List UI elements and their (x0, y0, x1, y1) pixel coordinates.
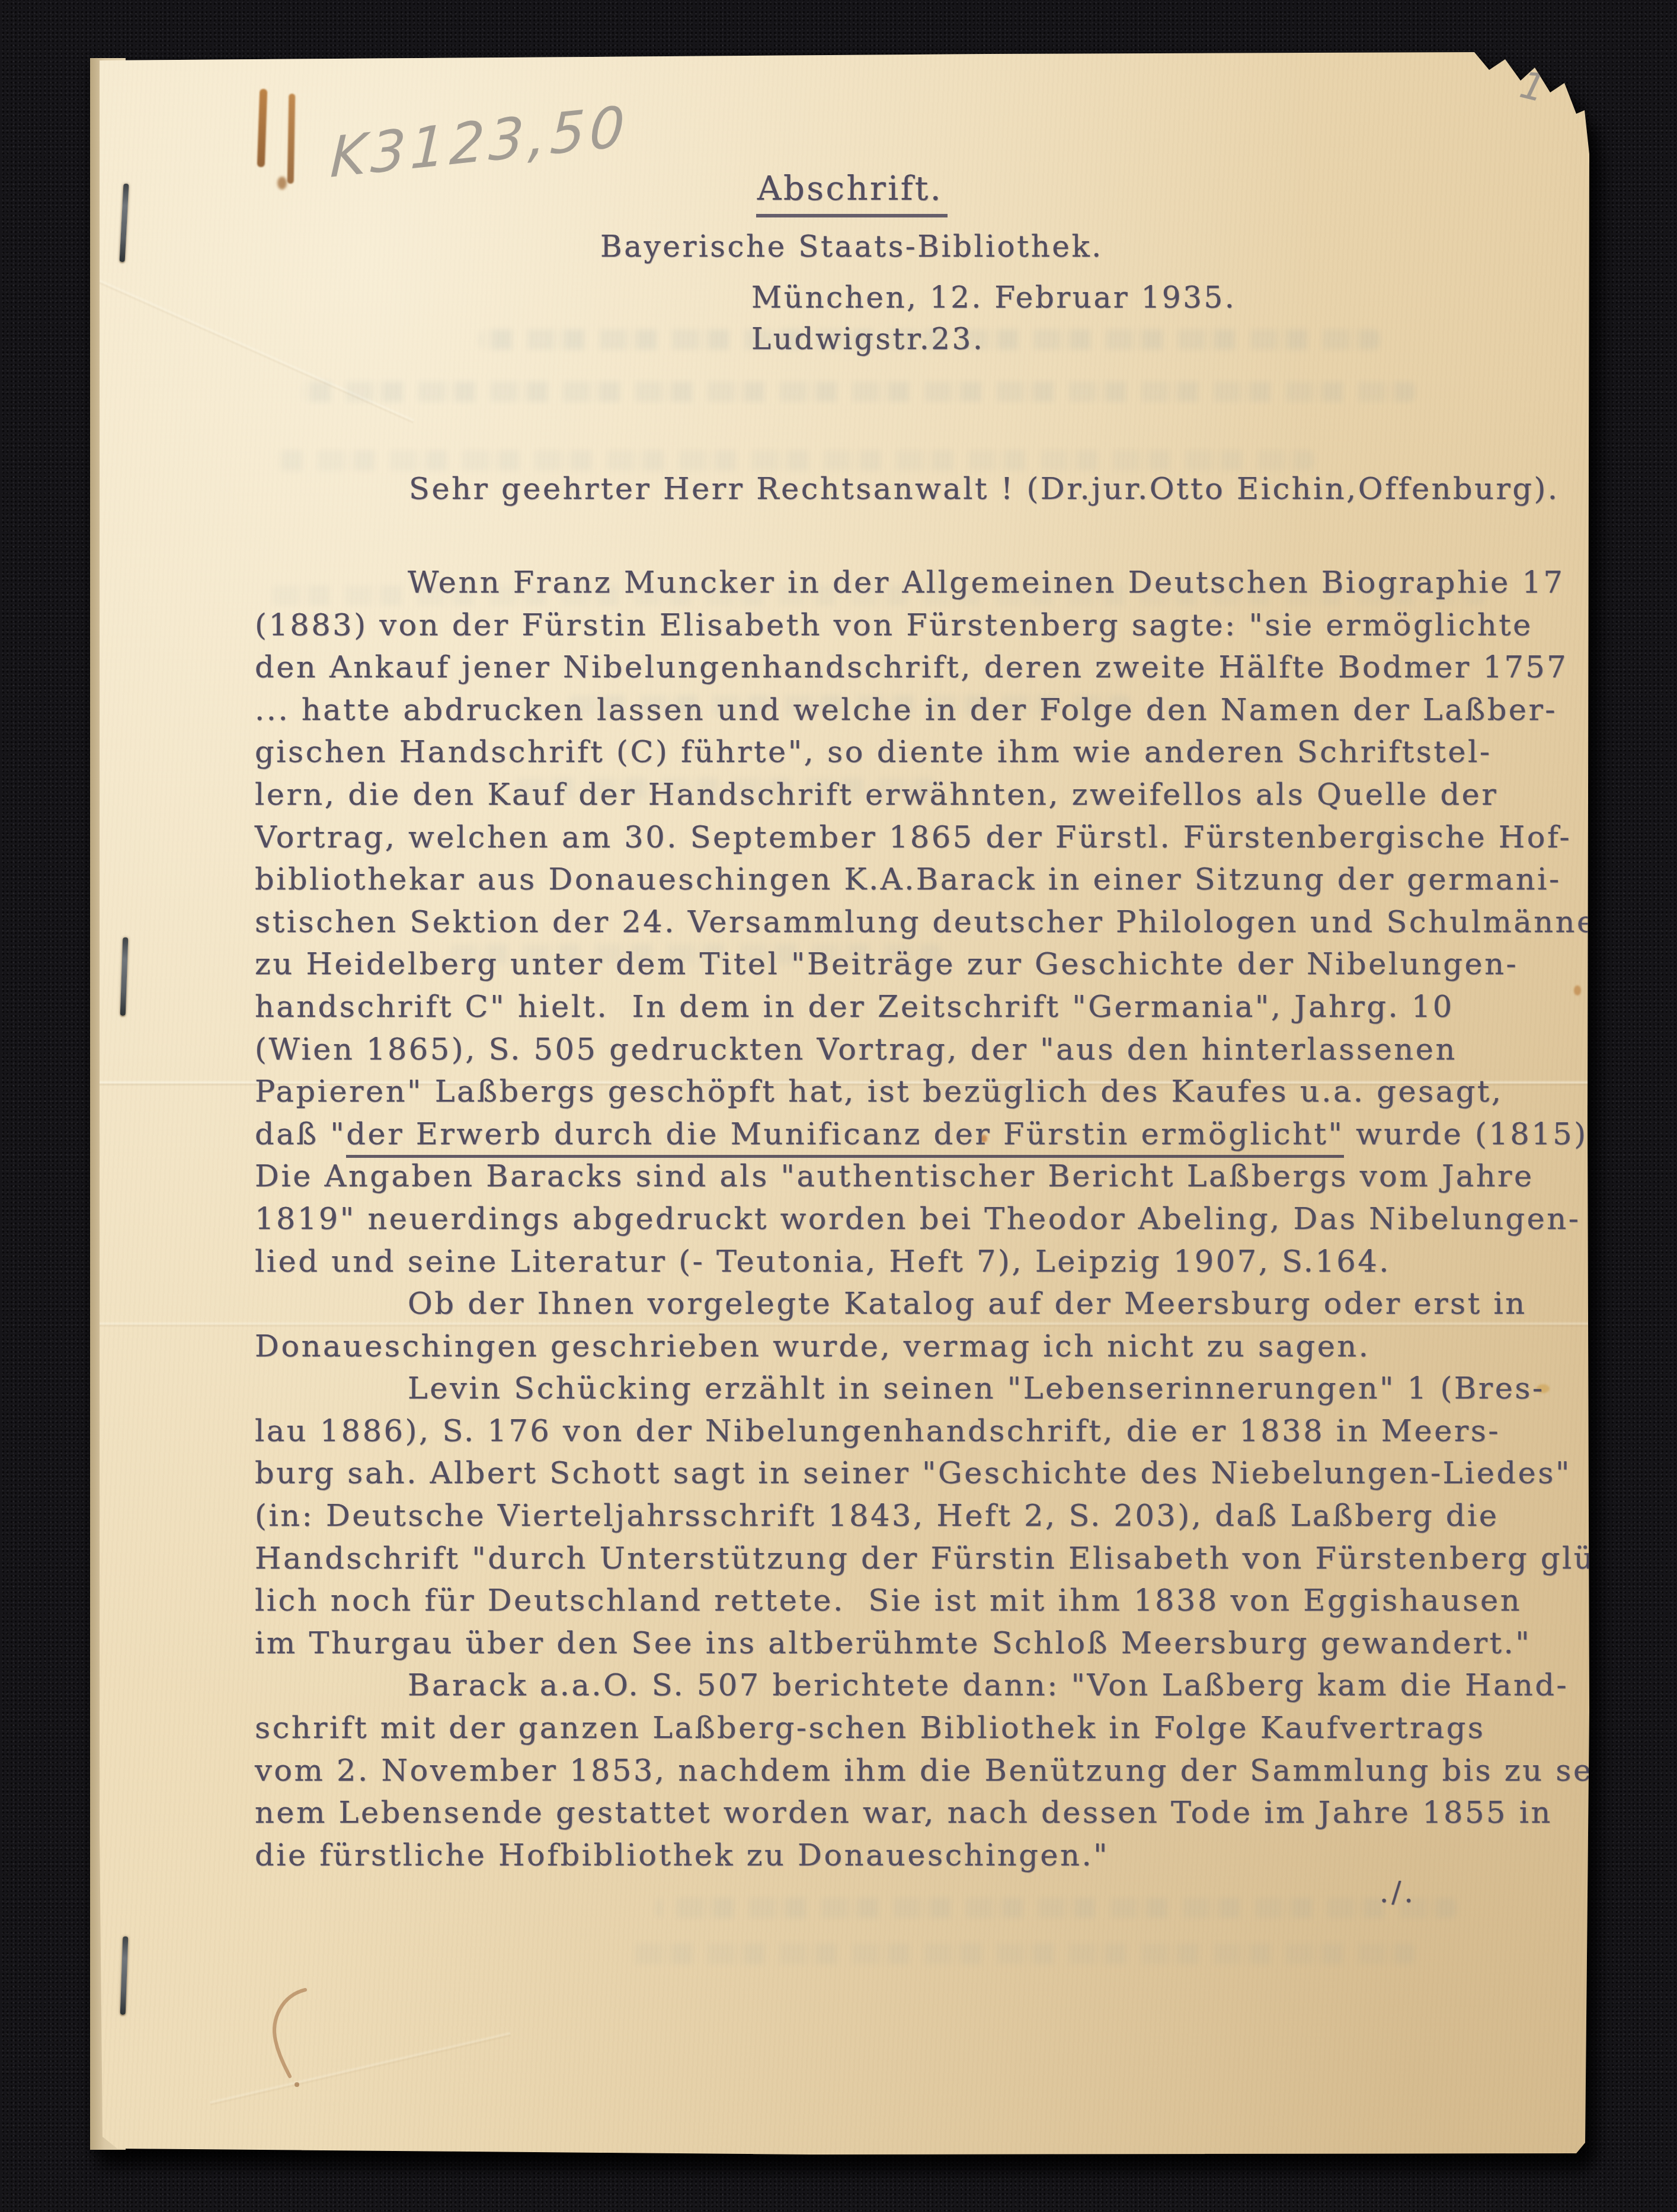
handwritten-archive-number: K3123,50 (329, 94, 629, 191)
body-line: Vortrag, welchen am 30. September 1865 d… (255, 817, 1646, 859)
body-line: (1883) von der Fürstin Elisabeth von Für… (255, 604, 1646, 647)
body-line: die fürstliche Hofbibliothek zu Donauesc… (255, 1835, 1646, 1877)
bleedthrough-text (301, 382, 1415, 402)
body-line: Levin Schücking erzählt in seinen "Leben… (255, 1368, 1646, 1410)
body-lines: Wenn Franz Muncker in der Allgemeinen De… (255, 562, 1646, 1877)
doc-heading: Abschrift. (756, 169, 948, 217)
body-line: nem Lebensende gestattet worden war, nac… (255, 1792, 1646, 1835)
body-line: stischen Sektion der 24. Versammlung deu… (255, 901, 1646, 944)
body-line: Die Angaben Baracks sind als "authentisc… (255, 1155, 1646, 1198)
body-line: gischen Handschrift (C) führte", so dien… (255, 731, 1646, 774)
fold-crease (210, 2031, 511, 2107)
handwritten-page-number: 1 (1516, 63, 1550, 111)
body-line: Handschrift "durch Unterstützung der Für… (255, 1538, 1646, 1580)
body-line: lau 1886), S. 176 von der Nibelungenhand… (255, 1410, 1646, 1453)
body-line: zu Heidelberg unter dem Titel "Beiträge … (255, 943, 1646, 986)
body-line: daß "der Erwerb durch die Munificanz der… (255, 1113, 1646, 1156)
document-page: K3123,50 1 Abschrift. Bayerische Staats-… (100, 52, 1589, 2155)
scanned-letter: K3123,50 1 Abschrift. Bayerische Staats-… (100, 52, 1589, 2155)
body-line: Donaueschingen geschrieben wurde, vermag… (255, 1326, 1646, 1368)
staple-icon (120, 184, 129, 262)
body-line: bibliothekar aus Donaueschingen K.A.Bara… (255, 859, 1646, 901)
body-line: ... hatte abdrucken lassen und welche in… (255, 689, 1646, 732)
body-line: 1819" neuerdings abgedruckt worden bei T… (255, 1198, 1646, 1241)
body-line: (in: Deutsche Vierteljahrsschrift 1843, … (255, 1495, 1646, 1538)
staple-icon (120, 937, 129, 1016)
body-line: handschrift C" hielt. In dem in der Zeit… (255, 986, 1646, 1029)
body-line: lich noch für Deutschland rettete. Sie i… (255, 1580, 1646, 1622)
rust-mark (257, 89, 268, 167)
body-line: schrift mit der ganzen Laßberg-schen Bib… (255, 1707, 1646, 1750)
body-line: lern, die den Kauf der Handschrift erwäh… (255, 774, 1646, 817)
address-line: Ludwigstr.23. (751, 322, 984, 356)
body-line: Ob der Ihnen vorgelegte Katalog auf der … (255, 1283, 1646, 1326)
body-line: burg sah. Albert Schott sagt in seiner "… (255, 1452, 1646, 1495)
forward-slash-mark: ./. (1380, 1876, 1416, 1909)
rust-mark (287, 94, 296, 184)
body-line: lied und seine Literatur (- Teutonia, He… (255, 1241, 1646, 1283)
body-line: Papieren" Laßbergs geschöpft hat, ist be… (255, 1071, 1646, 1113)
rust-mark (277, 177, 287, 190)
body-line: Barack a.a.O. S. 507 berichtete dann: "V… (255, 1664, 1646, 1707)
bleedthrough-text (657, 1898, 1457, 1918)
body-line: den Ankauf jener Nibelungenhandschrift, … (255, 646, 1646, 689)
bleedthrough-text (277, 450, 1314, 470)
body-line: Wenn Franz Muncker in der Allgemeinen De… (255, 562, 1646, 604)
fold-crease (98, 278, 415, 424)
staple-icon (120, 1936, 129, 2015)
ring-stain (263, 1983, 328, 2095)
underlined-phrase: der Erwerb durch die Munificanz der Fürs… (346, 1117, 1344, 1158)
bleedthrough-text (627, 1944, 1415, 1964)
salutation: Sehr geehrter Herr Rechtsanwalt ! (Dr.ju… (409, 472, 1560, 507)
body-line: (Wien 1865), S. 505 gedruckten Vortrag, … (255, 1029, 1646, 1071)
scan-background: { "page": { "background_color": "#161519… (0, 0, 1677, 2212)
organization-line: Bayerische Staats-Bibliothek. (600, 229, 1103, 264)
body-line: vom 2. November 1853, nachdem ihm die Be… (255, 1750, 1646, 1792)
body-line: im Thurgau über den See ins altberühmte … (255, 1622, 1646, 1665)
place-date-line: München, 12. Februar 1935. (751, 280, 1236, 315)
